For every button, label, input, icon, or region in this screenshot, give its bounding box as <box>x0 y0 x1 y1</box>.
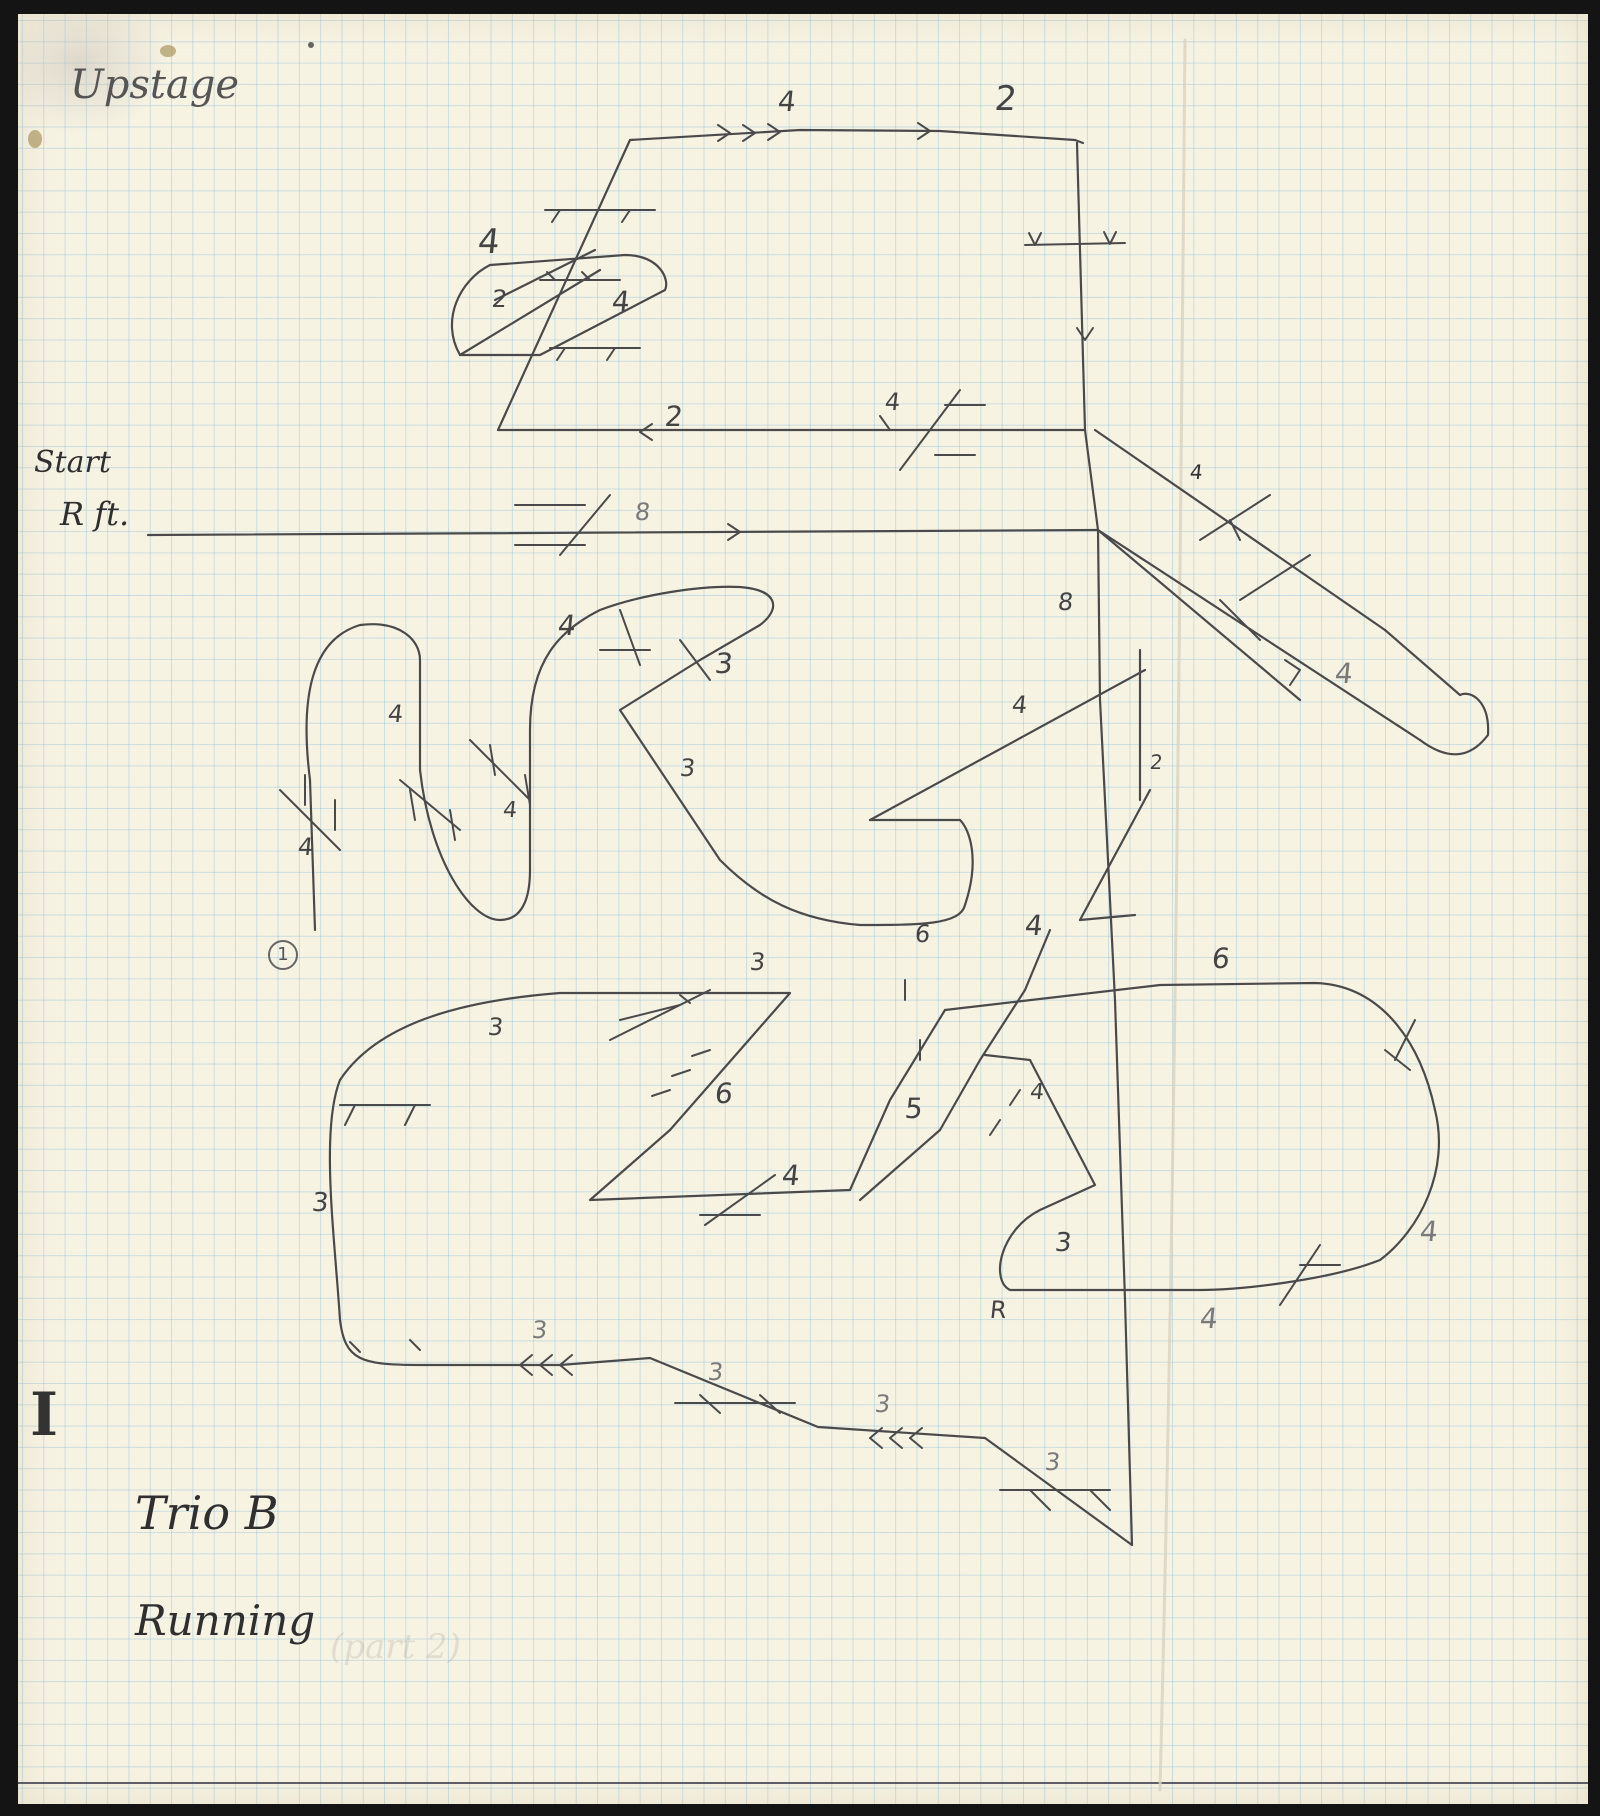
margin-mark: I <box>30 1385 58 1445</box>
erased-note: (part 2) <box>330 1630 461 1664</box>
count-label: 8 <box>634 500 652 524</box>
count-label: 3 <box>1054 1230 1073 1256</box>
upstage-label: Upstage <box>70 65 239 105</box>
count-label: 3 <box>874 1392 892 1416</box>
count-label: 4 <box>1199 1305 1220 1333</box>
count-label: 4 <box>781 1162 802 1190</box>
count-label: 3 <box>707 1360 725 1384</box>
count-label: 4 <box>777 88 798 116</box>
count-label: 4 <box>476 225 501 259</box>
count-label: 4 <box>1024 912 1045 940</box>
count-label: 2 <box>664 403 685 431</box>
count-label: 5 <box>904 1095 925 1123</box>
count-label: 6 <box>714 1080 735 1108</box>
count-label: 4 <box>884 390 902 414</box>
count-label: 2 <box>491 287 509 311</box>
count-label: 4 <box>1029 1082 1045 1104</box>
count-label: 2 <box>1149 752 1164 772</box>
start-label: Start <box>34 448 111 478</box>
count-label: 6 <box>1211 945 1232 973</box>
count-label: 3 <box>487 1015 505 1039</box>
floor-pattern-drawing <box>0 0 1600 1816</box>
start-path <box>148 530 1098 535</box>
count-label: 6 <box>914 922 932 946</box>
fold-crease <box>1160 40 1185 1790</box>
subtitle-label: Running <box>135 1600 315 1642</box>
count-label: 4 <box>611 288 632 316</box>
count-label: 4 <box>502 800 518 822</box>
count-label: 4 <box>1334 660 1355 688</box>
count-label: 4 <box>1011 693 1029 717</box>
title-label: Trio B <box>135 1490 279 1536</box>
count-label: 3 <box>679 756 697 780</box>
section-marker: 1 <box>268 940 298 970</box>
count-label: 4 <box>557 612 578 640</box>
count-label: 4 <box>1189 462 1204 482</box>
count-label: 4 <box>387 702 405 726</box>
count-label: 3 <box>311 1190 330 1216</box>
count-label: 3 <box>1044 1450 1062 1474</box>
count-label: 8 <box>1057 590 1075 614</box>
count-label: 4 <box>297 835 315 859</box>
start-foot-label: R ft. <box>60 498 129 530</box>
count-label: 3 <box>714 650 735 678</box>
count-label: 2 <box>993 82 1018 116</box>
count-label: 4 <box>1419 1218 1440 1246</box>
count-label: 3 <box>531 1318 549 1342</box>
return-marker: R <box>989 1298 1008 1322</box>
count-label: 3 <box>749 950 767 974</box>
